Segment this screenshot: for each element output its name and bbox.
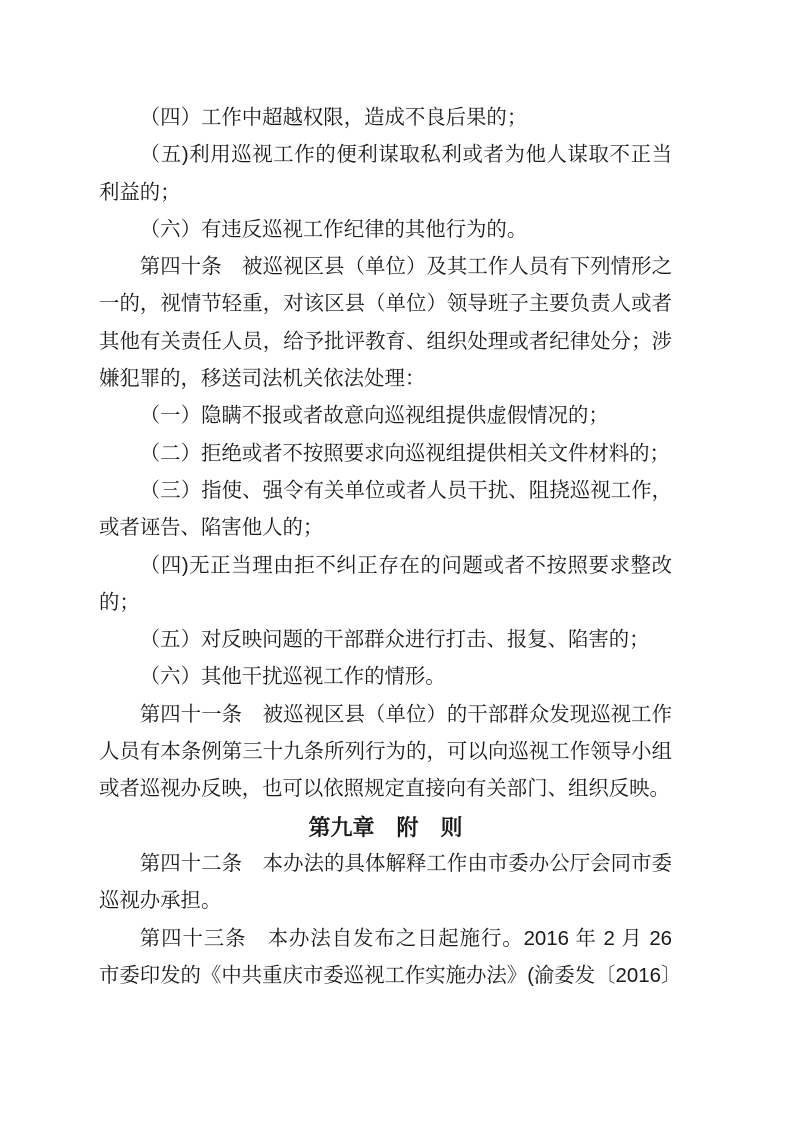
text-line: （二）拒绝或者不按照要求向巡视组提供相关文件材料的； (99, 436, 672, 473)
document-content: （四）工作中超越权限，造成不良后果的；（五)利用巡视工作的便利谋取私利或者为他人… (99, 100, 672, 995)
text-line: 第四十二条 本办法的具体解释工作由市委办公厅会同市委 (99, 846, 672, 883)
text-line: （四)无正当理由拒不纠正存在的问题或者不按照要求整改 (99, 548, 672, 585)
text-line: （四）工作中超越权限，造成不良后果的； (99, 100, 672, 137)
text-line: 嫌犯罪的，移送司法机关依法处理： (99, 361, 672, 398)
chapter-heading: 第九章 附 则 (99, 809, 672, 846)
text-line: （六）有违反巡视工作纪律的其他行为的。 (99, 212, 672, 249)
text-line: （五）对反映问题的干部群众进行打击、报复、陷害的； (99, 622, 672, 659)
text-line: 第四十条 被巡视区县（单位）及其工作人员有下列情形之 (99, 249, 672, 286)
text-line: 市委印发的《中共重庆市委巡视工作实施办法》(渝委发〔2016〕 (99, 958, 672, 995)
text-line: 一的，视情节轻重，对该区县（单位）领导班子主要负责人或者 (99, 286, 672, 323)
text-line: 第四十三条 本办法自发布之日起施行。2016 年 2 月 26 日 (99, 921, 672, 958)
text-line: 或者诬告、陷害他人的； (99, 510, 672, 547)
text-line: 其他有关责任人员，给予批评教育、组织处理或者纪律处分；涉 (99, 324, 672, 361)
document-page: （四）工作中超越权限，造成不良后果的；（五)利用巡视工作的便利谋取私利或者为他人… (0, 0, 793, 1122)
text-line: （三）指使、强令有关单位或者人员干扰、阻挠巡视工作， (99, 473, 672, 510)
text-line: （一）隐瞒不报或者故意向巡视组提供虚假情况的； (99, 398, 672, 435)
text-line: 巡视办承担。 (99, 883, 672, 920)
text-line: 人员有本条例第三十九条所列行为的，可以向巡视工作领导小组 (99, 734, 672, 771)
text-line: （五)利用巡视工作的便利谋取私利或者为他人谋取不正当 (99, 137, 672, 174)
text-line: （六）其他干扰巡视工作的情形。 (99, 659, 672, 696)
text-line: 第四十一条 被巡视区县（单位）的干部群众发现巡视工作 (99, 697, 672, 734)
text-line: 或者巡视办反映，也可以依照规定直接向有关部门、组织反映。 (99, 771, 672, 808)
text-line: 的； (99, 585, 672, 622)
text-line: 利益的； (99, 175, 672, 212)
